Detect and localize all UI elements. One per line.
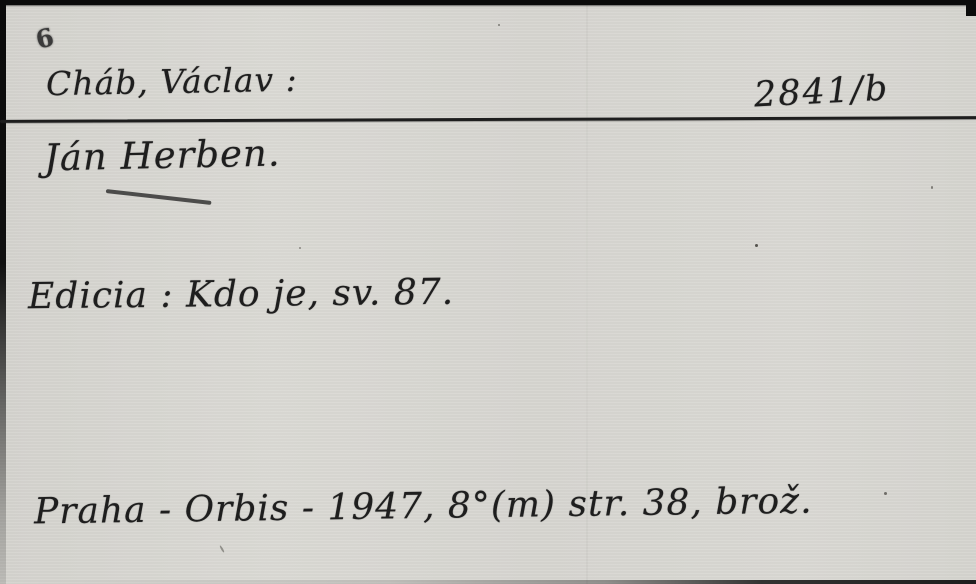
paper-speck bbox=[299, 247, 301, 249]
title-underline bbox=[106, 189, 212, 204]
imprint-line: Praha - Orbis - 1947, 8°(m) str. 38, bro… bbox=[34, 481, 813, 533]
title-line: Ján Herben. bbox=[44, 132, 281, 180]
edition-line: Edicia : Kdo je, sv. 87. bbox=[28, 272, 454, 317]
paper-speck bbox=[219, 545, 225, 553]
paper-speck bbox=[884, 492, 887, 495]
call-number: 2841/b bbox=[753, 68, 890, 115]
stamp-mark: 6 bbox=[33, 22, 57, 54]
scan-edge-left bbox=[0, 0, 6, 584]
ruled-line bbox=[0, 116, 976, 123]
paper-speck bbox=[755, 244, 758, 247]
paper-speck bbox=[498, 24, 500, 26]
catalog-card-scan: 6 Cháb, Václav : 2841/b Ján Herben. Edic… bbox=[0, 0, 976, 584]
scan-edge-bottom bbox=[0, 580, 976, 584]
paper-speck bbox=[931, 186, 933, 189]
scan-edge-right bbox=[966, 0, 976, 16]
author-heading: Cháb, Václav : bbox=[46, 60, 298, 103]
scan-edge-top bbox=[0, 0, 976, 7]
